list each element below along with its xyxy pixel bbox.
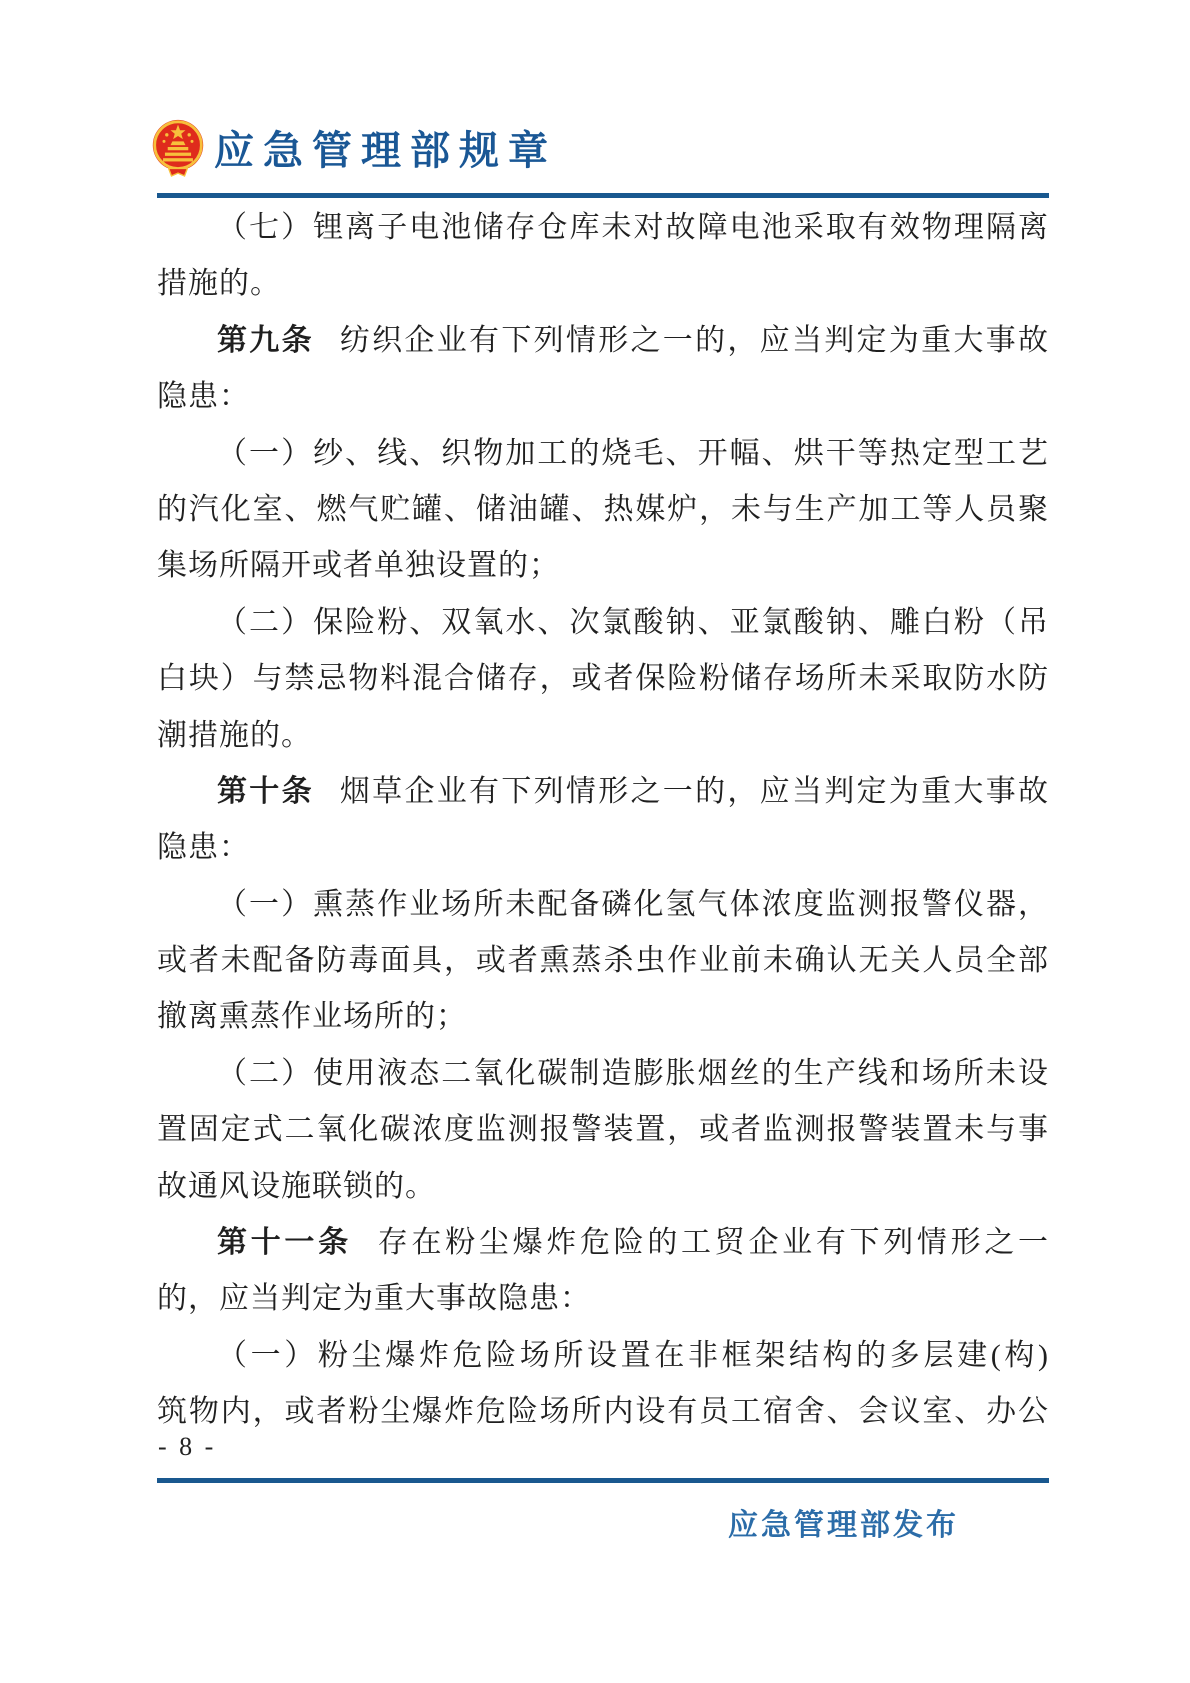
body-line: 隐患： <box>157 369 1049 425</box>
header-divider <box>157 193 1049 198</box>
line-text: （二）保险粉、双氧水、次氯酸钠、亚氯酸钠、雕白粉（吊 <box>217 606 1049 639</box>
article-number: 第十条 <box>217 775 314 808</box>
body-line: （二）使用液态二氧化碳制造膨胀烟丝的生产线和场所未设 <box>157 1046 1049 1102</box>
article-number: 第十一条 <box>217 1226 352 1259</box>
body-line: 隐患： <box>157 820 1049 876</box>
body-line: 措施的。 <box>157 256 1049 312</box>
line-text: 白块）与禁忌物料混合储存，或者保险粉储存场所未采取防水防 <box>157 662 1049 695</box>
line-text: 或者未配备防毒面具，或者熏蒸杀虫作业前未确认无关人员全部 <box>157 944 1049 977</box>
body-line: （一）纱、线、织物加工的烧毛、开幅、烘干等热定型工艺 <box>157 426 1049 482</box>
line-text: 存在粉尘爆炸危险的工贸企业有下列情形之一 <box>378 1226 1049 1259</box>
line-text: 措施的。 <box>157 267 281 300</box>
body-line: （一）粉尘爆炸危险场所设置在非框架结构的多层建(构) <box>157 1328 1049 1384</box>
line-text: 的汽化室、燃气贮罐、储油罐、热媒炉，未与生产加工等人员聚 <box>157 493 1049 526</box>
line-text: 潮措施的。 <box>157 719 312 752</box>
line-text: 撤离熏蒸作业场所的； <box>157 1000 467 1033</box>
page-header: 应急管理部规章 <box>150 116 557 178</box>
body-line: 置固定式二氧化碳浓度监测报警装置，或者监测报警装置未与事 <box>157 1102 1049 1158</box>
body-line: 潮措施的。 <box>157 708 1049 764</box>
line-text: （一）纱、线、织物加工的烧毛、开幅、烘干等热定型工艺 <box>217 437 1049 470</box>
line-text: 隐患： <box>157 380 250 413</box>
line-text: 置固定式二氧化碳浓度监测报警装置，或者监测报警装置未与事 <box>157 1113 1049 1146</box>
line-text: 集场所隔开或者单独设置的； <box>157 549 560 582</box>
body-line: 集场所隔开或者单独设置的； <box>157 538 1049 594</box>
body-line: （二）保险粉、双氧水、次氯酸钠、亚氯酸钠、雕白粉（吊 <box>157 595 1049 651</box>
body-line: 第九条纺织企业有下列情形之一的，应当判定为重大事故 <box>157 313 1049 369</box>
body-line: 第十条烟草企业有下列情形之一的，应当判定为重大事故 <box>157 764 1049 820</box>
china-national-emblem-icon <box>150 116 206 178</box>
body-line: 白块）与禁忌物料混合储存，或者保险粉储存场所未采取防水防 <box>157 651 1049 707</box>
line-text: 纺织企业有下列情形之一的，应当判定为重大事故 <box>340 324 1049 357</box>
body-line: 筑物内，或者粉尘爆炸危险场所内设有员工宿舍、会议室、办公 <box>157 1384 1049 1440</box>
footer-divider <box>157 1478 1049 1483</box>
body-line: 故通风设施联锁的。 <box>157 1159 1049 1215</box>
body-line: 撤离熏蒸作业场所的； <box>157 989 1049 1045</box>
page-number: - 8 - <box>158 1432 216 1462</box>
line-text: （一）熏蒸作业场所未配备磷化氢气体浓度监测报警仪器， <box>217 888 1049 921</box>
page-title: 应急管理部规章 <box>214 119 557 176</box>
line-text: 故通风设施联锁的。 <box>157 1170 436 1203</box>
body-line: 第十一条存在粉尘爆炸危险的工贸企业有下列情形之一 <box>157 1215 1049 1271</box>
body-line: 或者未配备防毒面具，或者熏蒸杀虫作业前未确认无关人员全部 <box>157 933 1049 989</box>
line-text: （七）锂离子电池储存仓库未对故障电池采取有效物理隔离 <box>217 211 1049 244</box>
body-line: （七）锂离子电池储存仓库未对故障电池采取有效物理隔离 <box>157 200 1049 256</box>
line-text: 烟草企业有下列情形之一的，应当判定为重大事故 <box>340 775 1049 808</box>
line-text: 筑物内，或者粉尘爆炸危险场所内设有员工宿舍、会议室、办公 <box>157 1395 1049 1428</box>
body-line: 的，应当判定为重大事故隐患： <box>157 1271 1049 1327</box>
article-number: 第九条 <box>217 324 314 357</box>
line-text: 隐患： <box>157 831 250 864</box>
document-body: （七）锂离子电池储存仓库未对故障电池采取有效物理隔离 措施的。 第九条纺织企业有… <box>157 200 1049 1441</box>
line-text: 的，应当判定为重大事故隐患： <box>157 1282 591 1315</box>
line-text: （一）粉尘爆炸危险场所设置在非框架结构的多层建(构) <box>217 1339 1049 1372</box>
publisher-label: 应急管理部发布 <box>157 1506 1049 1546</box>
body-line: 的汽化室、燃气贮罐、储油罐、热媒炉，未与生产加工等人员聚 <box>157 482 1049 538</box>
document-page: 应急管理部规章 （七）锂离子电池储存仓库未对故障电池采取有效物理隔离 措施的。 … <box>0 0 1190 1683</box>
line-text: （二）使用液态二氧化碳制造膨胀烟丝的生产线和场所未设 <box>217 1057 1049 1090</box>
body-line: （一）熏蒸作业场所未配备磷化氢气体浓度监测报警仪器， <box>157 877 1049 933</box>
